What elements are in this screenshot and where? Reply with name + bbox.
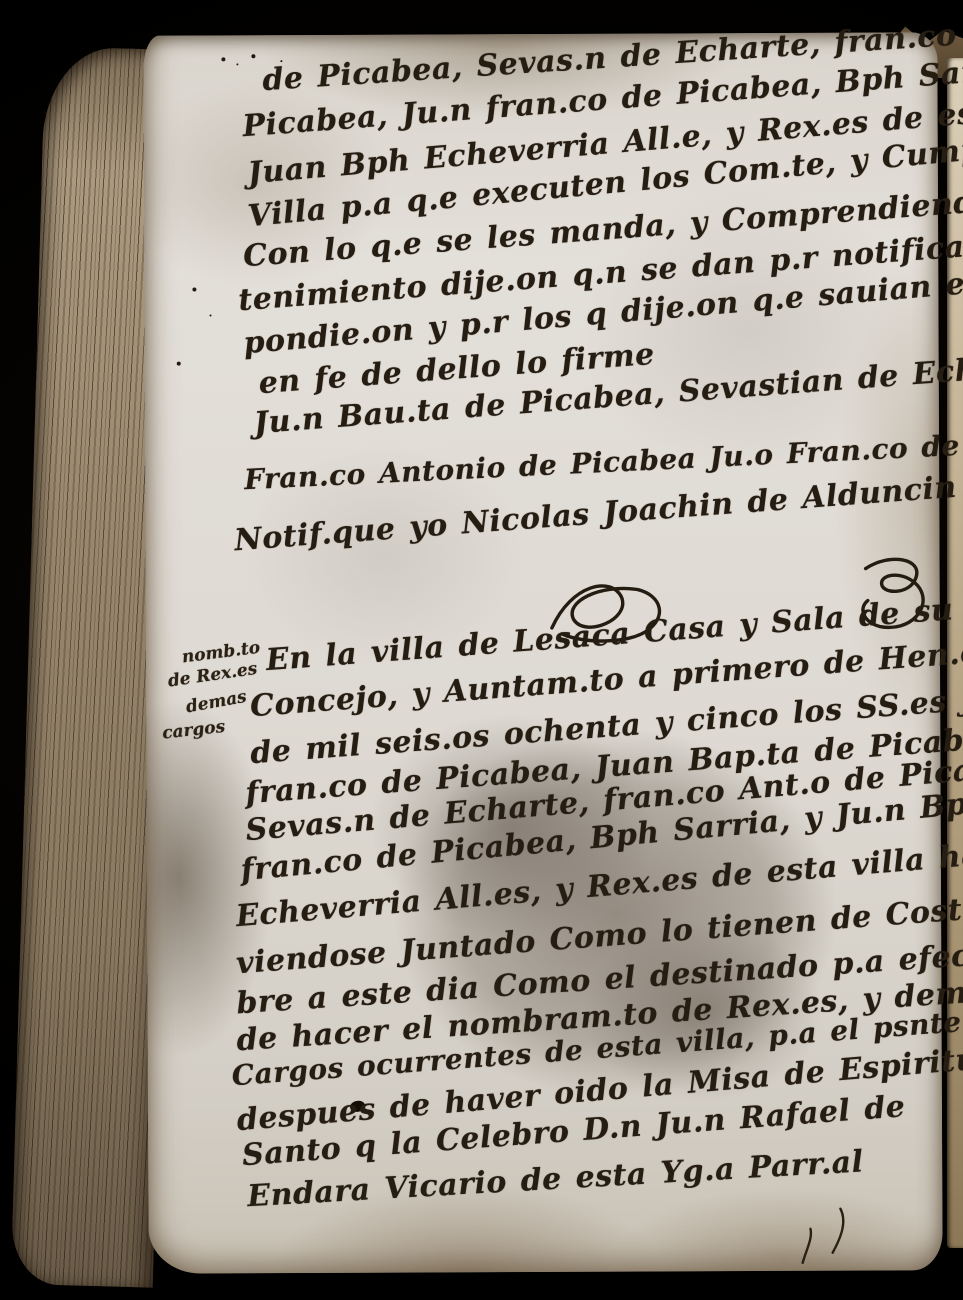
margin-note-line: demas — [185, 689, 248, 717]
manuscript-photo: de Picabea, Sevas.n de Echarte, fran.co … — [0, 0, 963, 1300]
manuscript-page: de Picabea, Sevas.n de Echarte, fran.co … — [143, 32, 942, 1273]
margin-note-line: de Rex.es — [167, 661, 259, 691]
ink-specks — [192, 288, 196, 292]
ink-specks — [221, 57, 225, 61]
ink-specks — [177, 362, 181, 366]
margin-note-line: cargos — [161, 719, 226, 743]
pen-stroke-marks — [784, 1201, 854, 1271]
